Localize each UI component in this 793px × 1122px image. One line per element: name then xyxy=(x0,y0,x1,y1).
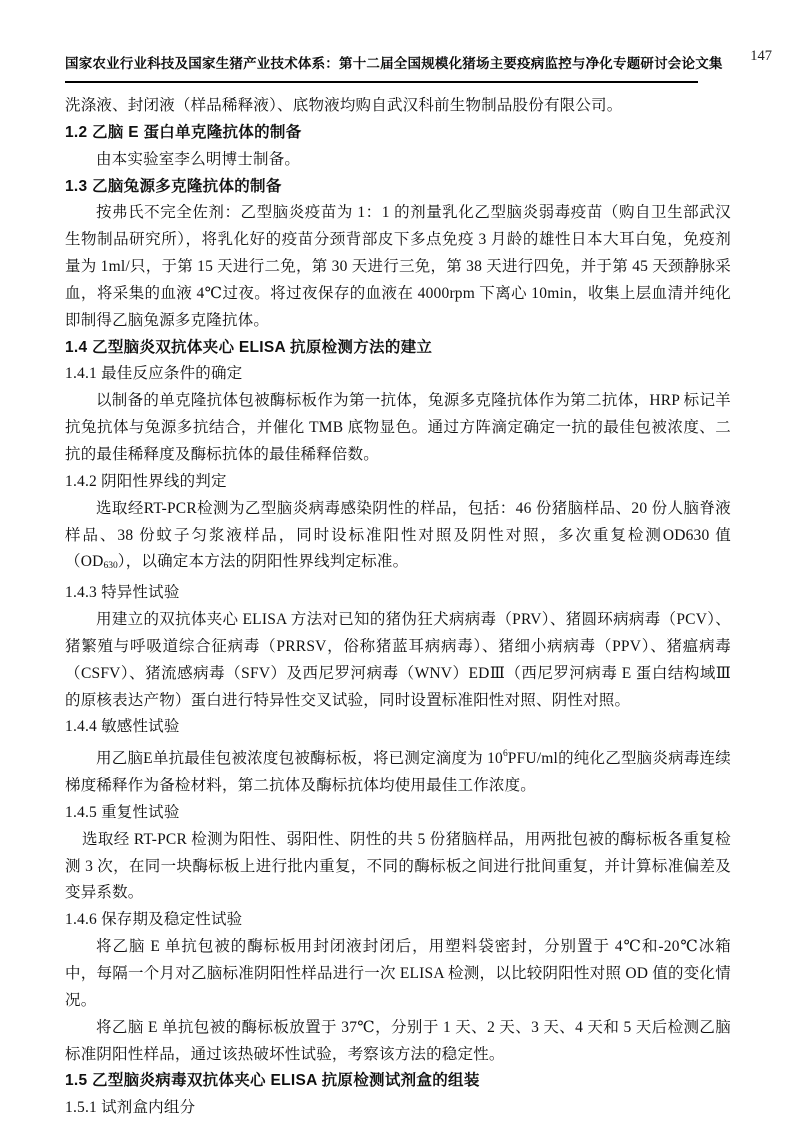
subheading-1-5-1: 1.5.1 试剂盒内组分 xyxy=(65,1095,731,1122)
paragraph-1-4-1: 以制备的单克隆抗体包被酶标板作为第一抗体，兔源多克隆抗体作为第二抗体，HRP 标… xyxy=(65,388,731,469)
page-header: 国家农业行业科技及国家生猪产业技术体系：第十二届全国规模化猪场主要疫病监控与净化… xyxy=(65,52,698,83)
subheading-1-4-4: 1.4.4 敏感性试验 xyxy=(65,714,731,741)
paragraph-1-4-3: 用建立的双抗体夹心 ELISA 方法对已知的猪伪狂犬病病毒（PRV）、猪圆环病病… xyxy=(65,607,731,714)
paragraph-1-4-2: 选取经RT-PCR检测为乙型脑炎病毒感染阴性的样品，包括：46 份猪脑样品、20… xyxy=(65,496,731,581)
heading-1-4: 1.4 乙型脑炎双抗体夹心 ELISA 抗原检测方法的建立 xyxy=(65,335,731,362)
subheading-1-4-3: 1.4.3 特异性试验 xyxy=(65,580,731,607)
paragraph-1-4-4: 用乙脑E单抗最佳包被浓度包被酶标板，将已测定滴度为 106PFU/ml的纯化乙型… xyxy=(65,741,731,800)
od630-subscript: 630 xyxy=(104,561,118,571)
paragraph-1-2: 由本实验室李么明博士制备。 xyxy=(65,147,731,174)
heading-1-5: 1.5 乙型脑炎病毒双抗体夹心 ELISA 抗原检测试剂盒的组装 xyxy=(65,1068,731,1095)
subheading-1-4-6: 1.4.6 保存期及稳定性试验 xyxy=(65,907,731,934)
heading-1-3: 1.3 乙脑兔源多克隆抗体的制备 xyxy=(65,174,731,201)
paragraph-intro: 洗涤液、封闭液（样品稀释液）、底物液均购自武汉科前生物制品股份有限公司。 xyxy=(65,93,731,120)
header-title: 国家农业行业科技及国家生猪产业技术体系：第十二届全国规模化猪场主要疫病监控与净化… xyxy=(65,52,698,72)
paragraph-1-4-6-b: 将乙脑 E 单抗包被的酶标板放置于 37℃，分别于 1 天、2 天、3 天、4 … xyxy=(65,1015,731,1069)
paragraph-1-4-6-a: 将乙脑 E 单抗包被的酶标板用封闭液封闭后，用塑料袋密封，分别置于 4℃和-20… xyxy=(65,934,731,1015)
subheading-1-4-2: 1.4.2 阴阳性界线的判定 xyxy=(65,469,731,496)
subheading-1-4-5: 1.4.5 重复性试验 xyxy=(65,800,731,827)
heading-1-2: 1.2 乙脑 E 蛋白单克隆抗体的制备 xyxy=(65,120,731,147)
paragraph-text: ），以确定本方法的阴阳性界线判定标准。 xyxy=(118,553,409,570)
paragraph-1-3: 按弗氏不完全佐剂：乙型脑炎疫苗为 1：1 的剂量乳化乙型脑炎弱毒疫苗（购自卫生部… xyxy=(65,200,731,334)
page-number: 147 xyxy=(750,48,772,65)
paragraph-text: 用乙脑E单抗最佳包被浓度包被酶标板，将已测定滴度为 10 xyxy=(96,750,503,767)
document-body: 洗涤液、封闭液（样品稀释液）、底物液均购自武汉科前生物制品股份有限公司。 1.2… xyxy=(65,93,731,1122)
subheading-1-4-1: 1.4.1 最佳反应条件的确定 xyxy=(65,361,731,388)
document-page: 国家农业行业科技及国家生猪产业技术体系：第十二届全国规模化猪场主要疫病监控与净化… xyxy=(0,0,793,1122)
paragraph-1-4-5: 选取经 RT-PCR 检测为阳性、弱阳性、阴性的共 5 份猪脑样品，用两批包被的… xyxy=(65,827,731,908)
